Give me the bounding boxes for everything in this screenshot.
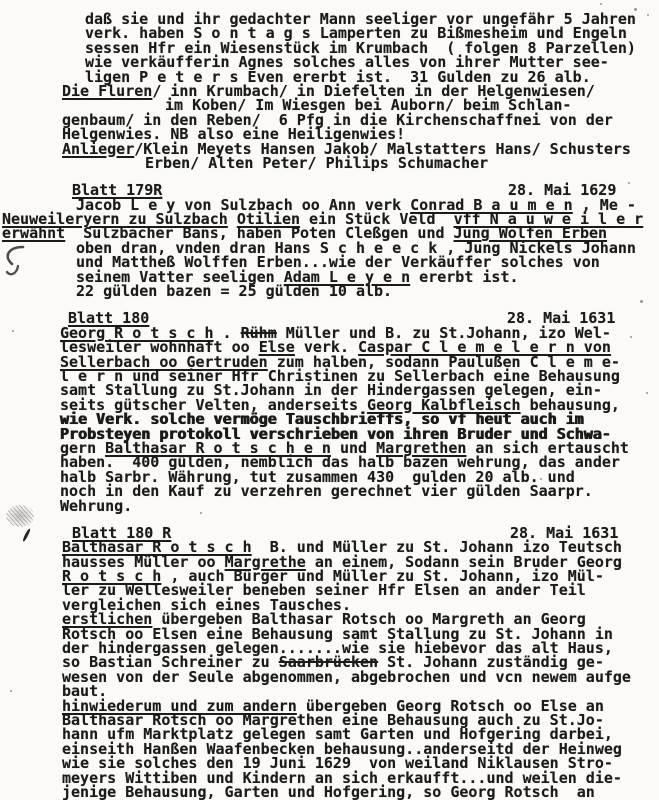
ink-speck (646, 392, 648, 394)
plain-text: Erben/ Alten Peter/ Philips Schumacher (145, 154, 488, 172)
ink-speck (628, 182, 630, 184)
typewritten-text: daß sie und ihr gedachter Mann seeliger … (0, 12, 659, 799)
ink-speck (12, 330, 14, 332)
ink-speck (640, 300, 643, 303)
handwritten-bracket-mark (1, 244, 33, 280)
ink-smudge-mark (6, 505, 34, 527)
ink-speck (610, 150, 612, 152)
section-blatt-180r: Blatt 180 R28. Mai 1631Balthasar R o t s… (0, 526, 659, 799)
ink-speck (520, 250, 522, 252)
section-continuation-entry: daß sie und ihr gedachter Mann seeliger … (0, 12, 659, 170)
document-page: daß sie und ihr gedachter Mann seeliger … (0, 0, 659, 800)
underlined-text: Die Fluren (62, 82, 152, 100)
text-line: jenige Behausung, Garten und Hofgering, … (0, 785, 659, 799)
plain-text: wesen von der Seule abgenommen, abgebroc… (62, 668, 631, 686)
plain-text: noch in den Kauf zu verzehren gerechnet … (60, 482, 593, 500)
plain-text: jenige Behausung, Garten und Hofgering, … (62, 783, 595, 800)
ink-speck (10, 690, 12, 692)
ink-speck (634, 8, 637, 11)
text-line: Erben/ Alten Peter/ Philips Schumacher (0, 156, 659, 170)
ink-speck (160, 196, 162, 198)
ink-speck (630, 336, 632, 338)
pencil-stroke-icon (1, 244, 33, 280)
section-blatt-179r: Blatt 179R28. Mai 1629Jacob L e y von Su… (0, 183, 659, 298)
text-line: Wehrung. (0, 499, 659, 513)
plain-text: ererbt ist. (410, 268, 518, 286)
section-blatt-180: Blatt 18028. Mai 1631Georg R o t s c h .… (0, 311, 659, 512)
underlined-text: Anlieger (62, 140, 134, 158)
ink-speck (600, 3, 602, 5)
underlined-text: erwähnt (2, 224, 65, 242)
ink-speck (647, 14, 649, 16)
plain-text: 22 gülden bazen = 25 gülden 10 alb. (76, 282, 392, 300)
text-line: 22 gülden bazen = 25 gülden 10 alb. (0, 284, 659, 298)
ink-speck (540, 478, 542, 480)
ink-speck (200, 512, 202, 514)
plain-text: Wehrung. (60, 497, 132, 515)
